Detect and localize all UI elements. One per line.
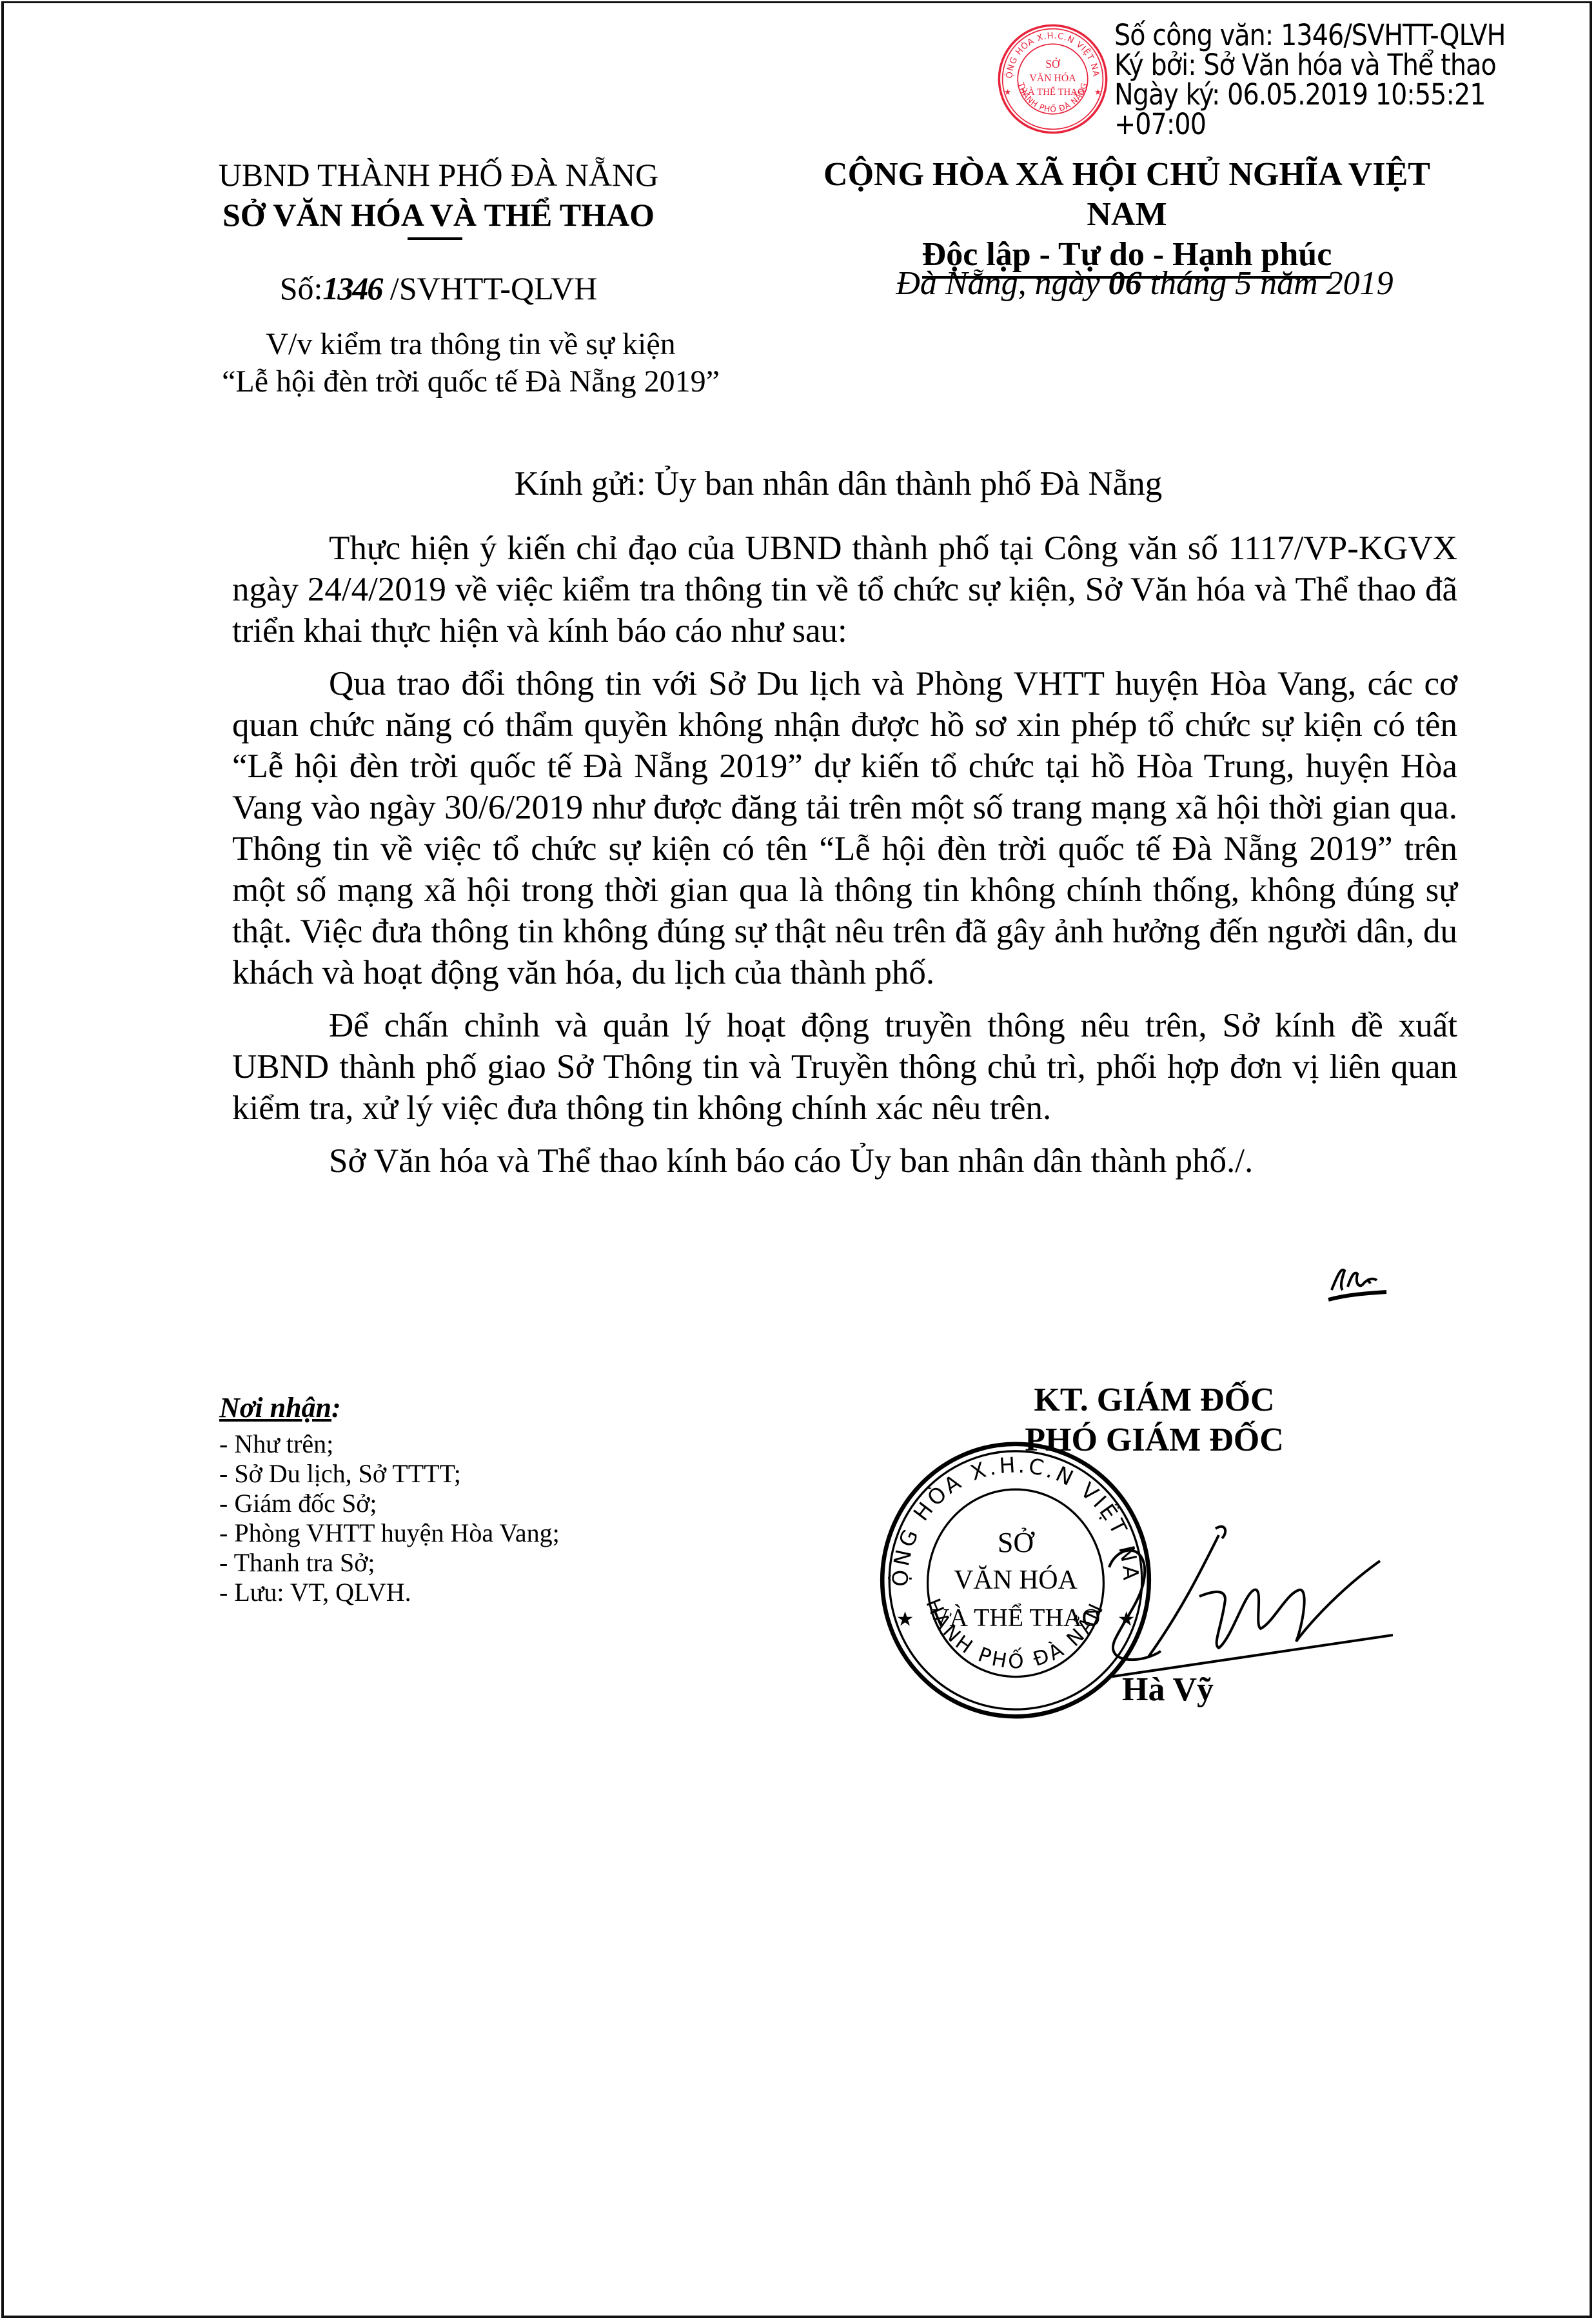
doc-number-prefix: Số:	[280, 270, 323, 306]
document-subject: V/v kiểm tra thông tin về sự kiện “Lễ hộ…	[193, 326, 748, 401]
body-paragraph: Sở Văn hóa và Thể thao kính báo cáo Ủy b…	[232, 1140, 1457, 1182]
distribution-item: - Như trên;	[219, 1429, 560, 1459]
country-name: CỘNG HÒA XÃ HỘI CHỦ NGHĨA VIỆT NAM	[783, 155, 1470, 235]
subject-line-2: “Lễ hội đèn trời quốc tế Đà Nẵng 2019”	[193, 363, 748, 401]
svg-text:VÀ THỂ THAO: VÀ THỂ THAO	[1021, 86, 1085, 97]
distribution-item: - Lưu: VT, QLVH.	[219, 1578, 560, 1607]
letter-body: Thực hiện ý kiến chỉ đạo của UBND thành …	[232, 528, 1457, 1193]
distribution-title: Nơi nhận:	[219, 1393, 560, 1423]
body-paragraph: Để chấn chỉnh và quản lý hoạt động truyề…	[232, 1005, 1457, 1129]
document-number: Số:1346 /SVHTT-QLVH	[193, 270, 684, 307]
department-name: SỞ VĂN HÓA VÀ THỂ THAO	[193, 195, 684, 235]
doc-number-suffix: /SVHTT-QLVH	[382, 270, 597, 306]
date-suffix: tháng 5 năm 2019	[1142, 265, 1394, 302]
svg-text:SỞ: SỞ	[1045, 57, 1061, 70]
place-date: Đà Nẵng, ngày 06 tháng 5 năm 2019	[838, 264, 1451, 303]
subject-line-1: V/v kiểm tra thông tin về sự kiện	[193, 326, 748, 363]
distribution-item: - Giám đốc Sở;	[219, 1489, 560, 1518]
signature-timezone: +07:00	[1114, 110, 1506, 139]
distribution-item: - Thanh tra Sở;	[219, 1548, 560, 1578]
signature-doc-number: Số công văn: 1346/SVHTT-QLVH	[1114, 21, 1506, 50]
distribution-item: - Sở Du lịch, Sở TTTT;	[219, 1459, 560, 1489]
department-underline	[408, 237, 462, 240]
svg-text:THÀNH PHỐ ĐÀ NẴNG: THÀNH PHỐ ĐÀ NẴNG	[1016, 81, 1089, 114]
doc-number-handwritten: 1346	[322, 270, 382, 306]
body-paragraph: Thực hiện ý kiến chỉ đạo của UBND thành …	[232, 528, 1457, 651]
addressee: Kính gửi: Ủy ban nhân dân thành phố Đà N…	[193, 464, 1483, 503]
body-paragraph: Qua trao đổi thông tin với Sở Du lịch và…	[232, 663, 1457, 993]
date-day-handwritten: 06	[1108, 265, 1142, 302]
authority-name: UBND THÀNH PHỐ ĐÀ NẴNG	[193, 155, 684, 195]
issuing-authority: UBND THÀNH PHỐ ĐÀ NẴNG SỞ VĂN HÓA VÀ THỂ…	[193, 155, 684, 240]
red-official-stamp-icon: CỘNG HÒA X.H.C.N VIỆT NAM THÀNH PHỐ ĐÀ N…	[996, 23, 1109, 135]
svg-text:SỞ: SỞ	[998, 1527, 1035, 1558]
svg-text:★: ★	[896, 1608, 914, 1630]
distribution-list: Nơi nhận: - Như trên; - Sở Du lịch, Sở T…	[219, 1393, 560, 1607]
svg-text:CỘNG HÒA X.H.C.N VIỆT NAM: CỘNG HÒA X.H.C.N VIỆT NAM	[996, 23, 1101, 79]
signer-line-1: KT. GIÁM ĐỐC	[929, 1380, 1380, 1420]
handwritten-initials-icon	[1322, 1261, 1393, 1306]
signer-name: Hà Vỹ	[1122, 1671, 1214, 1709]
signature-date: Ngày ký: 06.05.2019 10:55:21	[1114, 80, 1506, 110]
national-header: CỘNG HÒA XÃ HỘI CHỦ NGHĨA VIỆT NAM Độc l…	[783, 155, 1470, 279]
date-prefix: Đà Nẵng, ngày	[896, 265, 1108, 302]
svg-text:VĂN HÓA: VĂN HÓA	[1029, 72, 1076, 84]
digital-signature-info: Số công văn: 1346/SVHTT-QLVH Ký bởi: Sở …	[1114, 21, 1506, 139]
svg-text:★: ★	[1094, 88, 1101, 97]
signature-signed-by: Ký bởi: Sở Văn hóa và Thể thao	[1114, 50, 1506, 80]
distribution-item: - Phòng VHTT huyện Hòa Vang;	[219, 1518, 560, 1548]
handwritten-signature-icon	[1032, 1471, 1393, 1703]
svg-text:★: ★	[1004, 88, 1011, 97]
